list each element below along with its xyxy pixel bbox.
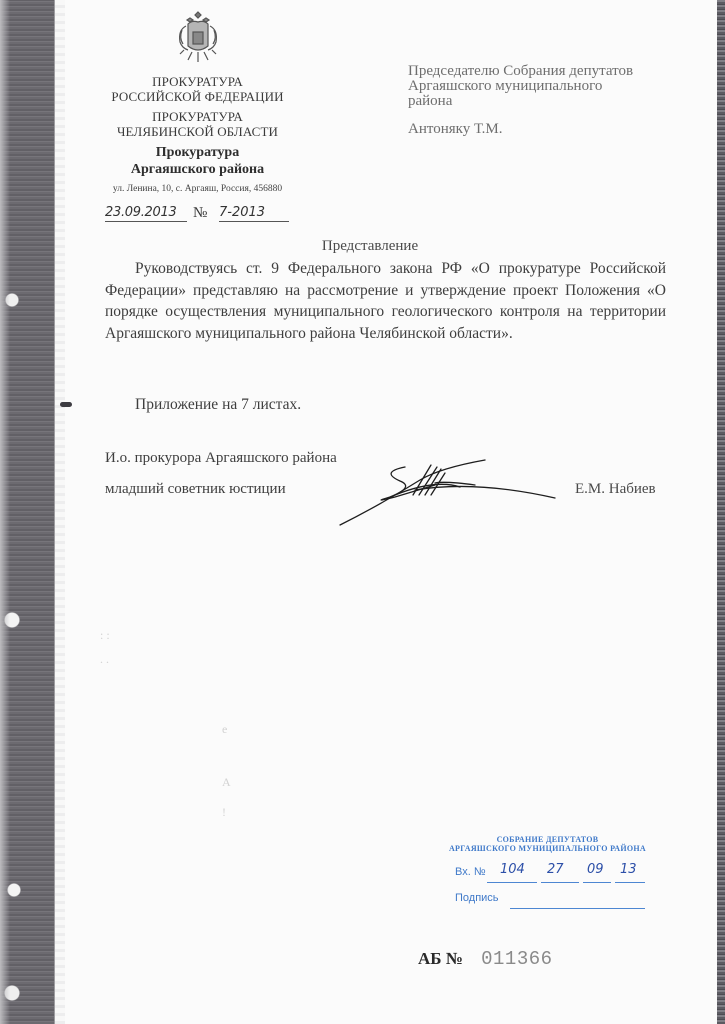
handwritten-signature [335,455,565,535]
scan-right-edge [717,0,725,1024]
addressee-block: Председателю Собрания депутатов Аргаяшск… [408,64,678,137]
addressee-line-1: Председателю Собрания депутатов [408,64,678,79]
org-name-district-1: Прокуратура [100,144,295,161]
serial-prefix: АБ № [418,949,463,968]
incoming-day: 27 [547,862,564,877]
scan-left-edge-shadow [55,0,65,1024]
incoming-number-label: Вх. № [455,866,486,878]
signature-label: Подпись [455,892,499,904]
stamp-incoming-row: Вх. № 104 27 09 13 [425,863,660,885]
show-through-mark: A [222,775,231,790]
scan-smudge [60,402,72,407]
incoming-month: 09 [587,862,604,877]
incoming-registration-stamp: СОБРАНИЕ ДЕПУТАТОВ АРГАЯШСКОГО МУНИЦИПАЛ… [425,835,660,911]
org-name-federal: ПРОКУРАТУРА РОССИЙСКОЙ ФЕДЕРАЦИИ [100,74,295,104]
registration-date: 23.09.2013 [105,205,187,222]
number-sign: № [193,205,207,222]
show-through-mark: e [222,722,227,737]
addressee-line-2: Аргаяшского муниципального [408,79,678,94]
document-body: Руководствуясь ст. 9 Федерального закона… [105,258,666,344]
attachment-note: Приложение на 7 листах. [135,396,301,414]
show-through-mark: . . [100,652,109,667]
show-through-mark: ! [222,805,226,820]
scan-left-edge [0,0,55,1024]
org-address: ул. Ленина, 10, с. Аргаяш, Россия, 45688… [100,184,295,194]
letterhead: ПРОКУРАТУРА РОССИЙСКОЙ ФЕДЕРАЦИИ ПРОКУРА… [100,8,295,194]
addressee-name: Антоняку Т.М. [408,122,678,137]
coat-of-arms-icon [176,8,220,66]
serial-number: 011366 [481,948,552,970]
org-name-regional: ПРОКУРАТУРА ЧЕЛЯБИНСКОЙ ОБЛАСТИ [100,109,295,139]
document-title: Представление [0,238,725,255]
stamp-header: СОБРАНИЕ ДЕПУТАТОВ АРГАЯШСКОГО МУНИЦИПАЛ… [425,835,660,853]
signer-position-line-1: И.о. прокурора Аргаяшского района [105,450,337,467]
addressee-line-3: района [408,94,678,109]
registration-number: 7-2013 [219,205,289,222]
incoming-number: 104 [500,862,525,877]
form-serial: АБ № 011366 [418,948,553,970]
org-name-district-2: Аргаяшского района [100,161,295,178]
stamp-signature-row: Подпись [425,889,660,911]
signer-name: Е.М. Набиев [575,481,656,498]
signer-position-line-2: младший советник юстиции [105,481,286,498]
incoming-year: 13 [620,862,637,877]
show-through-mark: : : [100,628,110,643]
body-paragraph: Руководствуясь ст. 9 Федерального закона… [105,258,666,344]
registration-line: 23.09.2013 № 7-2013 [103,205,288,223]
